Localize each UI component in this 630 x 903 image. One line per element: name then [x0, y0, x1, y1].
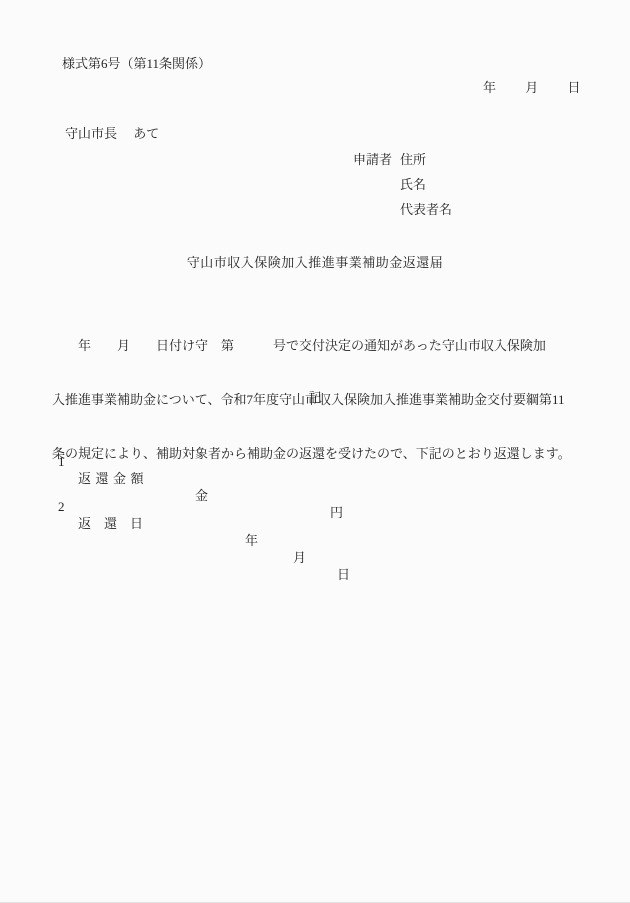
day-label: 日 — [337, 566, 350, 583]
date-line: 年 月 日 — [483, 79, 581, 96]
applicant-name-label: 氏名 — [400, 176, 426, 193]
form-number: 様式第6号（第11条関係） — [62, 55, 211, 72]
document-page: 様式第6号（第11条関係） 年 月 日 守山市長 あて 申請者 住所 氏名 代表… — [0, 0, 630, 903]
currency-unit-label: 円 — [330, 504, 343, 521]
year-label: 年 — [245, 532, 258, 549]
item-2-label: 返 還 日 — [78, 515, 143, 532]
item-1-number: 1 — [58, 453, 65, 470]
record-marker: 記 — [0, 389, 630, 406]
item-row-refund-date: 2 返 還 日 年 月 日 — [0, 481, 630, 499]
month-label: 月 — [293, 549, 306, 566]
document-title: 守山市収入保険加入推進事業補助金返還届 — [0, 254, 630, 271]
body-line-1: 年 月 日付け守 第 号で交付決定の通知があった守山市収入保険加 — [52, 336, 592, 356]
applicant-address-label: 住所 — [400, 151, 426, 168]
item-row-refund-amount: 1 返還金額 金 円 — [0, 436, 630, 454]
item-2-number: 2 — [58, 498, 65, 515]
addressee: 守山市長 あて — [65, 125, 159, 142]
applicant-label: 申請者 — [353, 151, 392, 168]
applicant-representative-label: 代表者名 — [400, 201, 452, 218]
